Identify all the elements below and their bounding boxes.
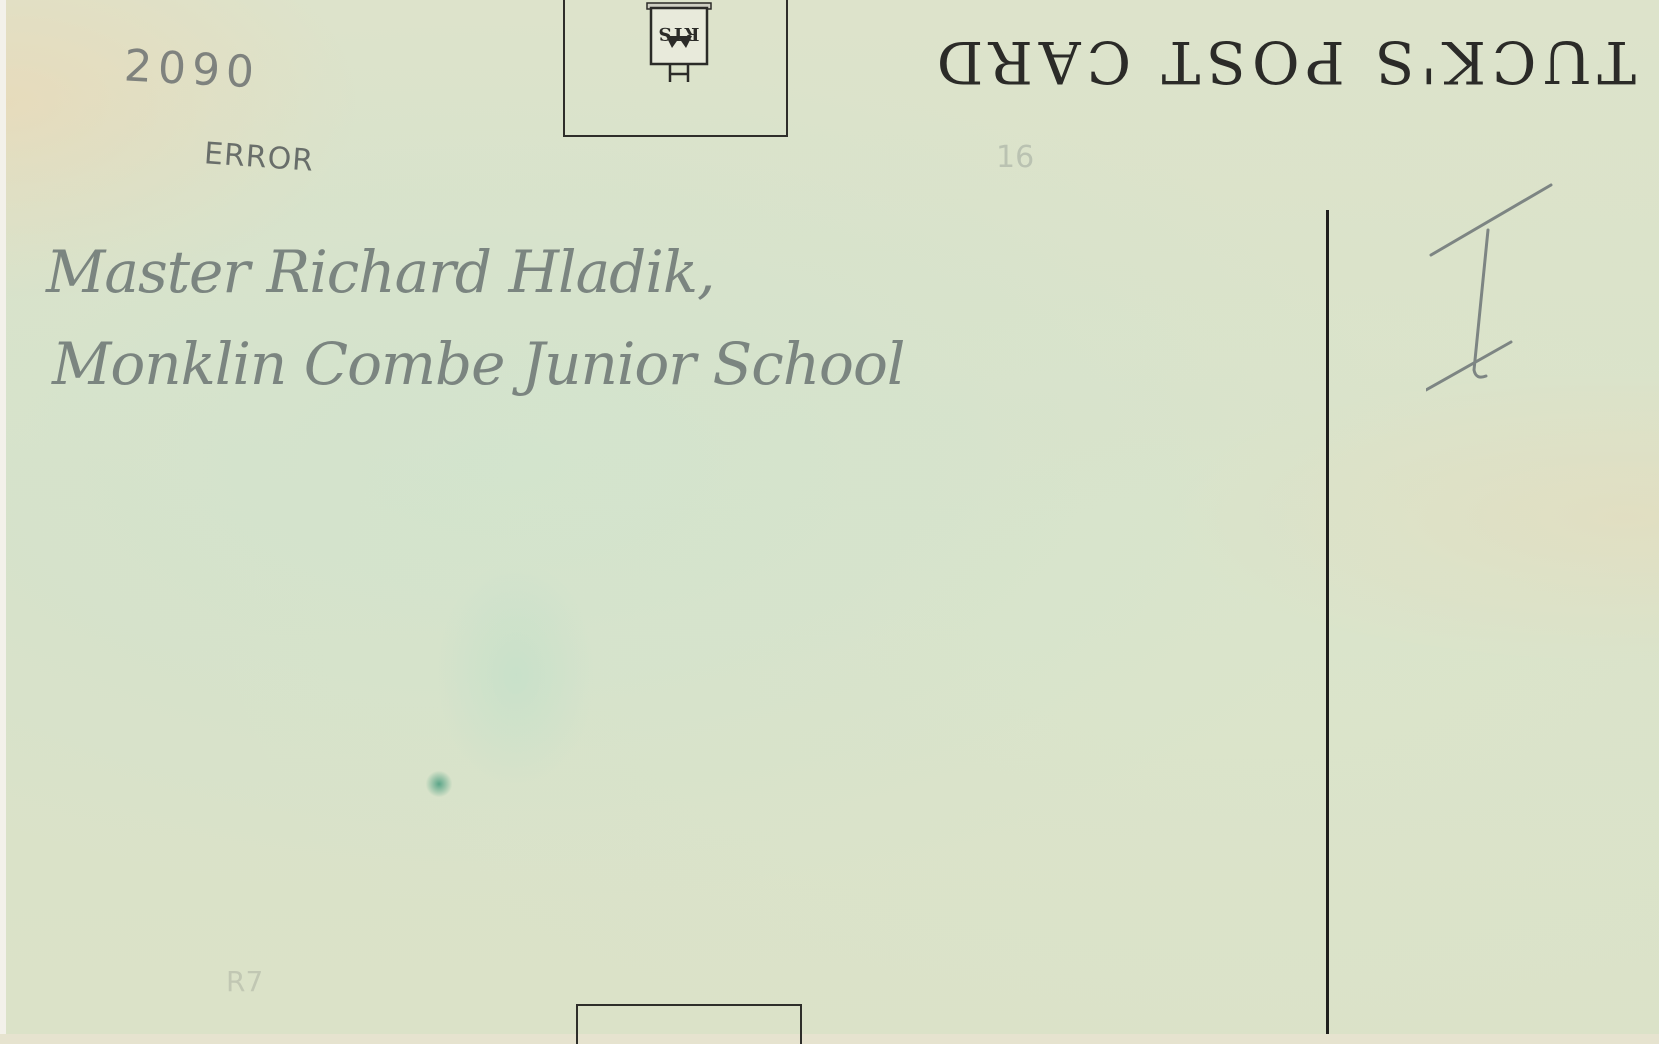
water-stain — [436, 560, 596, 790]
pencil-number: 2090 — [123, 40, 261, 98]
bottom-box — [576, 1004, 802, 1034]
handwritten-addressee: Master Richard Hladik, — [46, 238, 714, 306]
printed-title: TUCK'S POST CARD — [856, 22, 1636, 102]
svg-text:RTS: RTS — [658, 23, 699, 44]
handwritten-school: Monklin Combe Junior School — [52, 330, 904, 398]
publisher-logo-icon: RTS — [646, 2, 712, 86]
address-divider-line — [1326, 210, 1329, 1034]
pencil-roman-numeral-icon — [1426, 180, 1556, 400]
faint-pencil-initials: R7 — [226, 965, 263, 998]
pencil-error-note: ERROR — [203, 136, 315, 179]
faint-pencil-number: 16 — [996, 140, 1034, 175]
postcard-back: RTS TUCK'S POST CARD 2090 ERROR 16 R7 Ma… — [0, 0, 1659, 1034]
green-ink-spot — [426, 770, 452, 798]
